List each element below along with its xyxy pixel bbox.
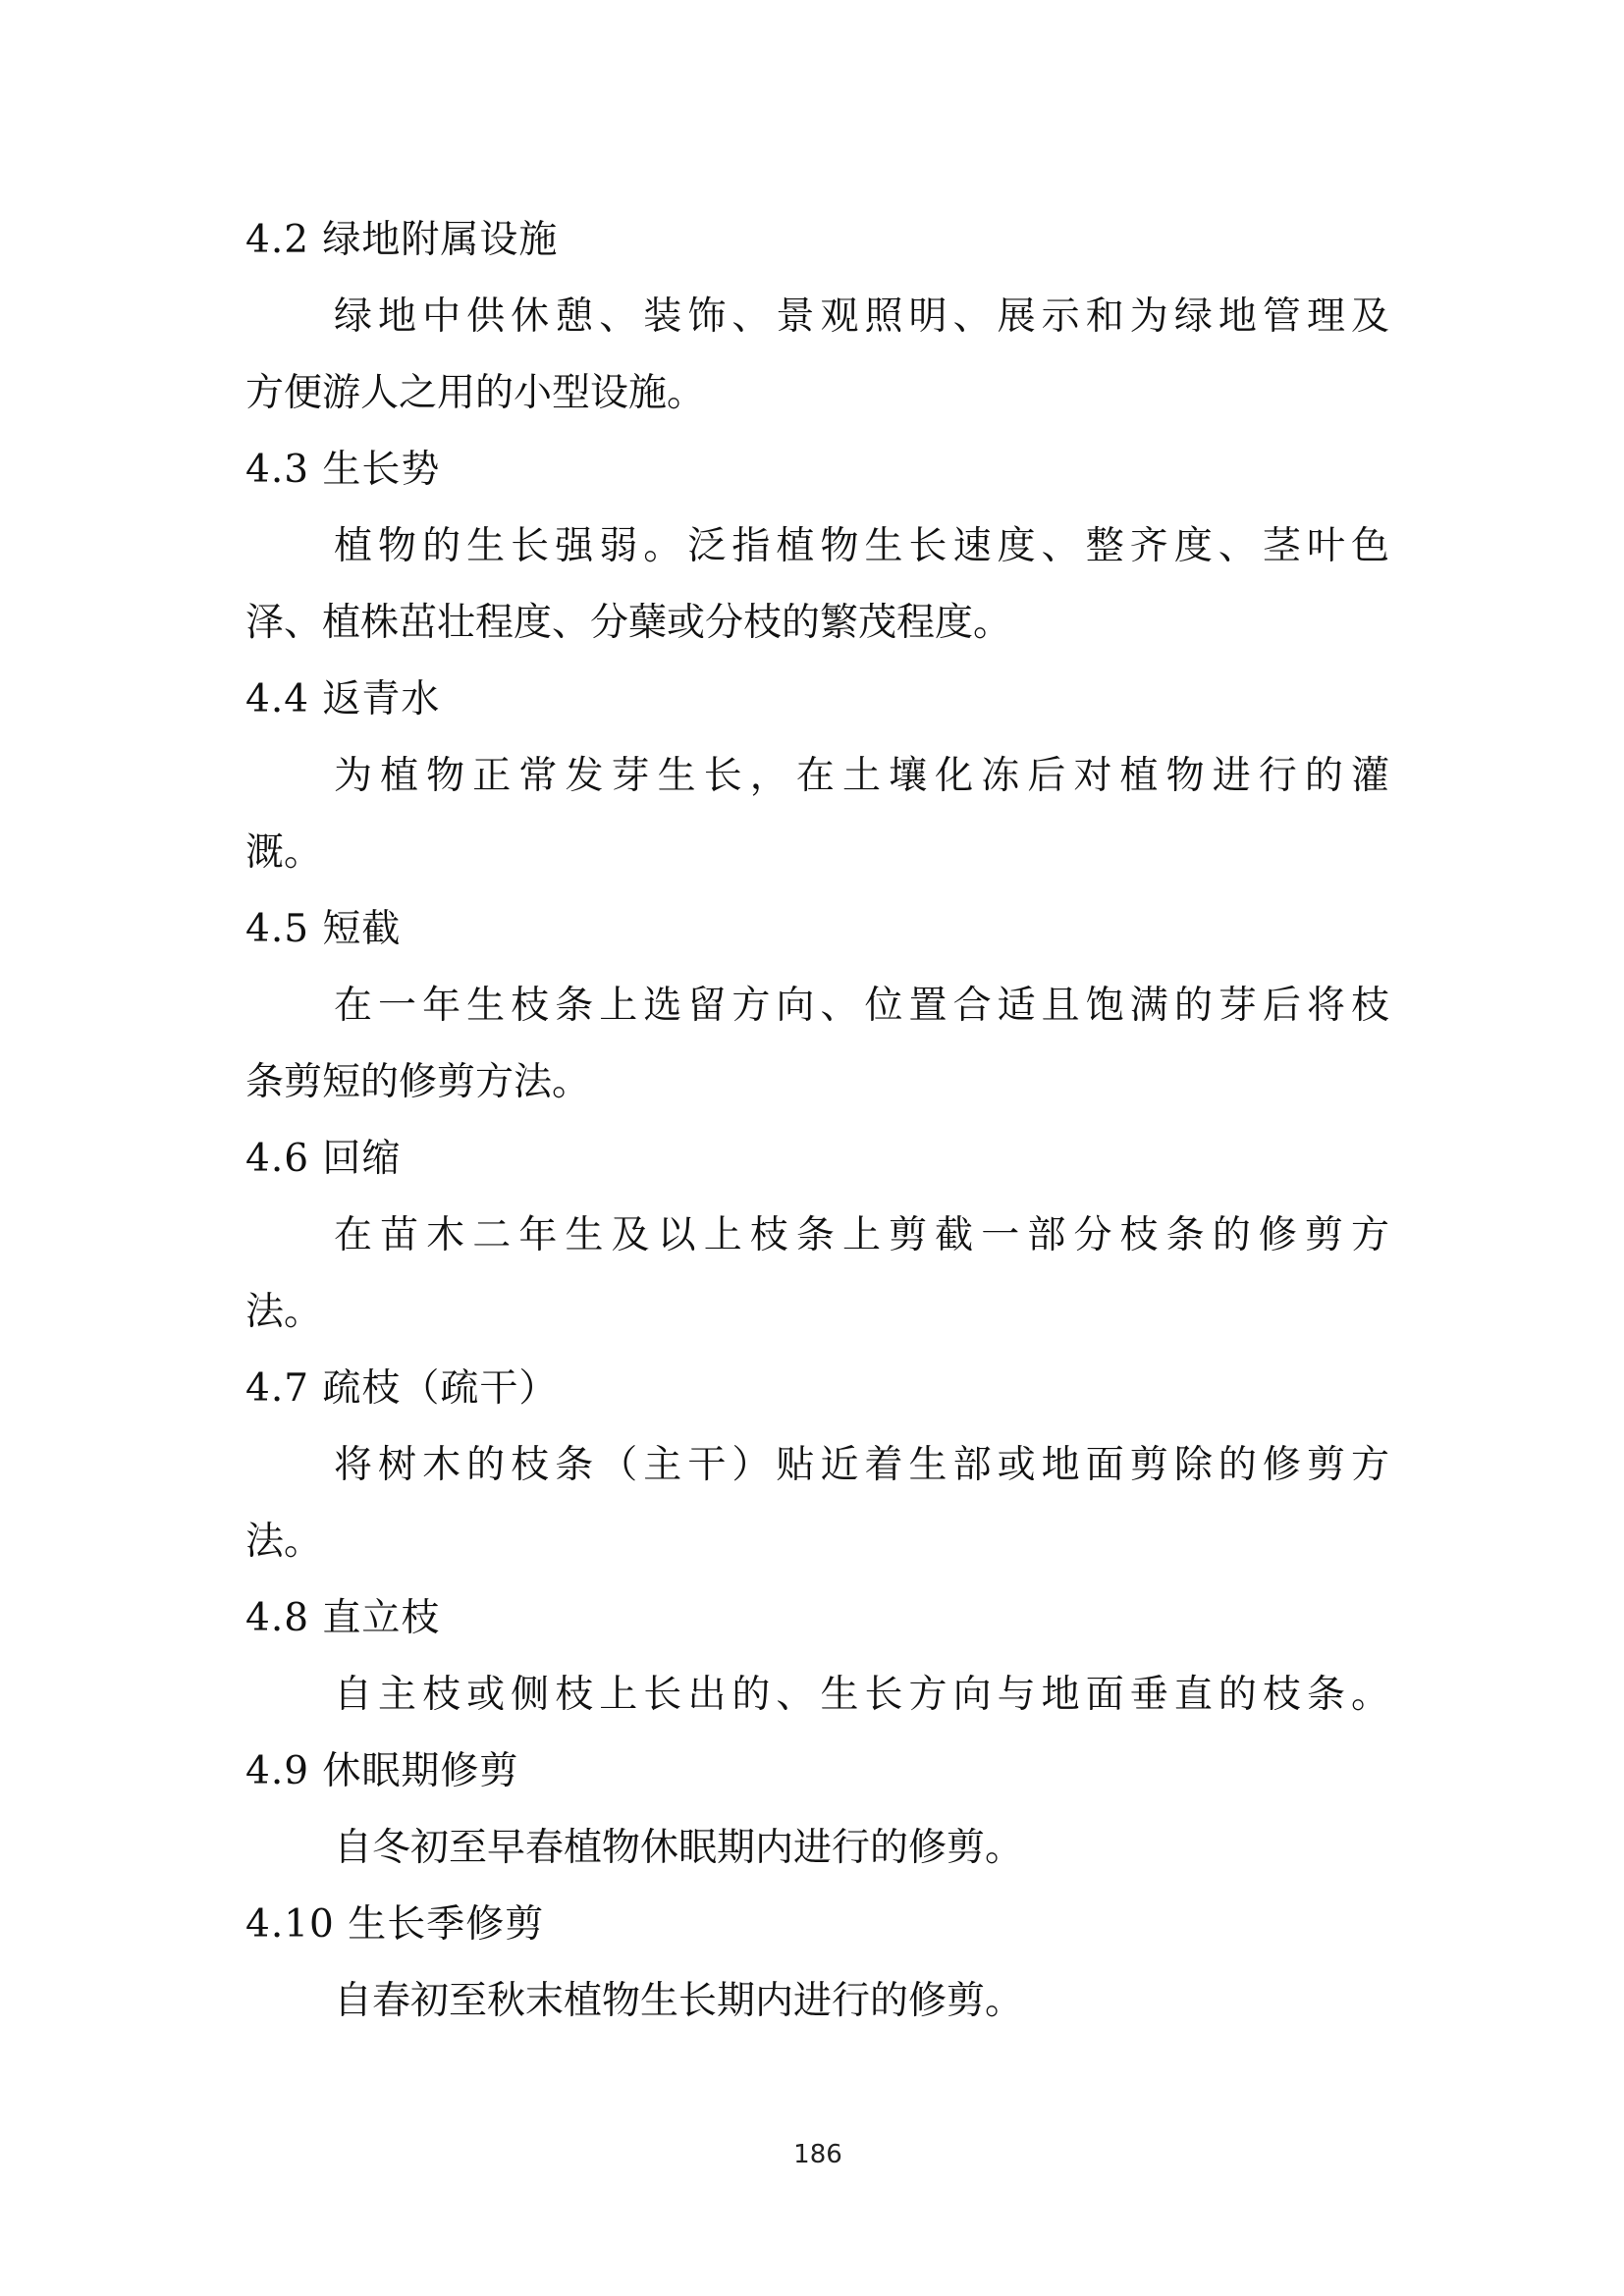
section-body-line: 绿地中供休憩、装饰、景观照明、展示和为绿地管理及: [334, 293, 1389, 342]
section-heading-4-3: 4.3 生长势: [245, 446, 1389, 495]
section-body-line: 方便游人之用的小型设施。: [245, 369, 1389, 418]
section-body-line: 条剪短的修剪方法。: [245, 1058, 1389, 1107]
section-body-line: 法。: [245, 1288, 1389, 1337]
section-heading-4-5: 4.5 短截: [245, 905, 1389, 954]
section-body-line: 溉。: [245, 828, 1389, 878]
section-body-line: 将树木的枝条（主干）贴近着生部或地面剪除的修剪方: [334, 1441, 1389, 1490]
section-body-line: 泽、植株茁壮程度、分蘖或分枝的繁茂程度。: [245, 599, 1389, 648]
section-heading-4-10: 4.10 生长季修剪: [245, 1900, 1389, 1949]
section-heading-4-4: 4.4 返青水: [245, 675, 1389, 724]
page-number: 186: [0, 2140, 1624, 2169]
section-heading-4-8: 4.8 直立枝: [245, 1594, 1389, 1643]
section-body-line: 植物的生长强弱。泛指植物生长速度、整齐度、茎叶色: [334, 522, 1389, 571]
section-heading-4-6: 4.6 回缩: [245, 1135, 1389, 1184]
section-heading-4-9: 4.9 休眠期修剪: [245, 1747, 1389, 1796]
section-body-line: 在一年生枝条上选留方向、位置合适且饱满的芽后将枝: [334, 982, 1389, 1031]
section-body-line: 为植物正常发芽生长，在土壤化冻后对植物进行的灌: [334, 752, 1389, 801]
section-heading-4-7: 4.7 疏枝（疏干）: [245, 1364, 1389, 1414]
section-heading-4-2: 4.2 绿地附属设施: [245, 216, 1389, 265]
section-body-line: 自主枝或侧枝上长出的、生长方向与地面垂直的枝条。: [334, 1671, 1389, 1720]
section-body-line: 在苗木二年生及以上枝条上剪截一部分枝条的修剪方: [334, 1211, 1389, 1260]
document-page: 4.2 绿地附属设施 绿地中供休憩、装饰、景观照明、展示和为绿地管理及 方便游人…: [0, 0, 1624, 2296]
section-body-line: 自冬初至早春植物休眠期内进行的修剪。: [334, 1824, 1389, 1873]
section-body-line: 自春初至秋末植物生长期内进行的修剪。: [334, 1977, 1389, 2026]
section-body-line: 法。: [245, 1518, 1389, 1567]
